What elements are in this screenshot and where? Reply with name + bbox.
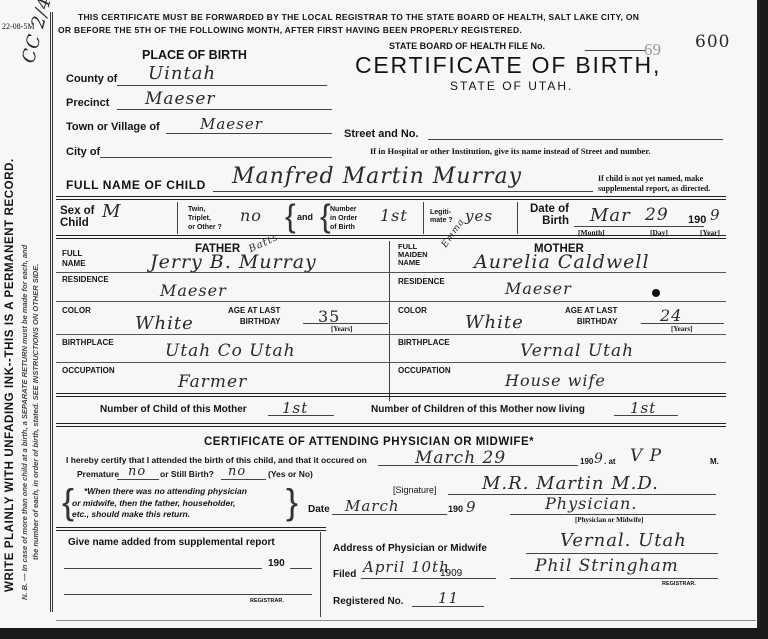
order-label: Numberin Orderof Birth <box>330 205 357 232</box>
filed-value[interactable]: April 10th <box>363 558 450 576</box>
order-value[interactable]: 1st <box>380 206 408 225</box>
address-label: Address of Physician or Midwife <box>333 543 487 554</box>
mother-color-label: COLOR <box>398 306 427 315</box>
precinct-value[interactable]: Maeser <box>145 89 216 109</box>
supplemental-registrar-caption: REGISTRAR. <box>250 598 284 604</box>
physician-heading: CERTIFICATE OF ATTENDING PHYSICIAN OR MI… <box>204 436 534 448</box>
notice-line-2: OR BEFORE THE 5TH OF THE FOLLOWING MONTH… <box>58 25 522 35</box>
ink-blot <box>652 289 660 297</box>
sex-value[interactable]: M <box>102 201 121 222</box>
address-value[interactable]: Vernal. Utah <box>560 530 687 551</box>
county-label: County of <box>66 73 117 85</box>
yes-no-label: (Yes or No) <box>268 469 313 479</box>
mother-age-value[interactable]: 24 <box>660 306 682 325</box>
date-label: Date <box>308 504 330 515</box>
name-note-2: supplemental report, as directed. <box>598 184 710 193</box>
date-year-suffix[interactable]: 9 <box>466 498 477 516</box>
supplemental-year-prefix: 190 <box>268 558 285 569</box>
father-age-value[interactable]: 35 <box>318 307 340 326</box>
father-residence-value[interactable]: Maeser <box>160 281 227 300</box>
twin-label: Twin,Triplet,or Other ? <box>188 205 222 232</box>
date-value[interactable]: March <box>345 497 400 515</box>
child-number-label: Number of Child of this Mother <box>100 404 247 415</box>
supplemental-heading: Give name added from supplemental report <box>68 537 275 548</box>
m-label: M. <box>710 457 719 466</box>
father-years-caption: [Years] <box>331 325 352 333</box>
certificate-subtitle: STATE OF UTAH. <box>450 79 573 93</box>
occurred-date[interactable]: March 29 <box>415 448 506 468</box>
file-no-handwritten: 600 <box>695 32 730 52</box>
father-birthplace-value[interactable]: Utah Co Utah <box>165 341 296 361</box>
town-value[interactable]: Maeser <box>200 115 263 133</box>
mother-birthplace-label: BIRTHPLACE <box>398 338 450 347</box>
premature-value[interactable]: no <box>128 464 146 479</box>
child-number-value[interactable]: 1st <box>282 399 308 417</box>
mother-name-value[interactable]: Aurelia Caldwell <box>474 251 650 273</box>
time-value[interactable]: V P <box>630 446 662 466</box>
mother-occupation-label: OCCUPATION <box>398 366 451 375</box>
living-label: Number of Children of this Mother now li… <box>371 404 585 415</box>
mother-occupation-value[interactable]: House wife <box>505 371 606 390</box>
father-color-label: COLOR <box>62 306 91 315</box>
birth-certificate-page: 22-08-5M CC 2/4/2 WRITE PLAINLY WITH UNF… <box>0 0 760 628</box>
mother-residence-value[interactable]: Maeser <box>505 279 572 298</box>
twin-value[interactable]: no <box>240 206 262 225</box>
left-margin: 22-08-5M CC 2/4/2 WRITE PLAINLY WITH UNF… <box>0 0 50 628</box>
child-name-value[interactable]: Manfred Martin Murray <box>232 164 522 189</box>
county-value[interactable]: Uintah <box>148 63 216 84</box>
hospital-note: If in Hospital or other Institution, giv… <box>370 146 650 156</box>
father-name-value[interactable]: Jerry B. Murray <box>150 251 317 273</box>
filed-year: 1909 <box>440 568 462 579</box>
file-no-label: STATE BOARD OF HEALTH FILE No. <box>389 41 545 51</box>
place-of-birth-heading: PLACE OF BIRTH <box>142 48 247 62</box>
dob-month[interactable]: Mar <box>590 205 631 226</box>
and-label: and <box>297 212 313 222</box>
dob-year-prefix: 190 <box>688 214 706 226</box>
vertical-heading: WRITE PLAINLY WITH UNFADING INK--THIS IS… <box>4 158 16 592</box>
father-color-value[interactable]: White <box>135 313 194 334</box>
precinct-label: Precinct <box>66 97 109 109</box>
father-occupation-label: OCCUPATION <box>62 366 115 375</box>
stillbirth-value[interactable]: no <box>228 464 246 479</box>
filing-registrar-caption: REGISTRAR. <box>662 581 696 587</box>
living-value[interactable]: 1st <box>630 399 656 417</box>
mother-color-value[interactable]: White <box>465 312 524 333</box>
street-label: Street and No. <box>344 128 419 140</box>
dob-day[interactable]: 29 <box>645 205 669 225</box>
certify-text: I hereby certify that I attended the bir… <box>66 455 367 465</box>
father-name-label: FULLNAME <box>62 249 86 269</box>
role-caption: [Physician or Midwife] <box>575 516 643 524</box>
stillbirth-label: or Still Birth? <box>160 469 214 479</box>
signature-value[interactable]: M.R. Martin M.D. <box>482 473 659 494</box>
vertical-note-1: N. B. — In case of more than one child a… <box>20 245 29 600</box>
child-name-label: FULL NAME OF CHILD <box>66 178 206 192</box>
role-value[interactable]: Physician. <box>545 494 637 513</box>
mother-years-caption: [Years] <box>671 325 692 333</box>
registrar-signature[interactable]: Phil Stringham <box>535 556 679 576</box>
footnote: *When there was no attending physicianor… <box>72 486 247 521</box>
signature-label: [Signature] <box>393 485 437 495</box>
registered-value[interactable]: 11 <box>438 589 459 607</box>
date-year-prefix: 190 <box>448 504 463 514</box>
vertical-note-2: the number of each, in order of birth, s… <box>31 264 40 560</box>
notice-line-1: THIS CERTIFICATE MUST BE FORWARDED BY TH… <box>78 12 639 22</box>
certificate-title: CERTIFICATE OF BIRTH, <box>355 52 661 79</box>
occurred-year-prefix: 190 <box>580 457 593 466</box>
sex-label: Sex ofChild <box>60 205 95 229</box>
mother-name-label: FULLMAIDENNAME <box>398 243 428 267</box>
legit-value[interactable]: yes <box>465 207 493 225</box>
father-birthplace-label: BIRTHPLACE <box>62 338 114 347</box>
father-age-label: AGE AT LASTBIRTHDAY <box>228 305 280 327</box>
premature-label: Premature <box>77 469 119 479</box>
margin-annotation: CC 2/4/2 <box>18 0 61 65</box>
occurred-year-suffix[interactable]: 9 <box>594 451 604 467</box>
town-label: Town or Village of <box>66 121 160 133</box>
mother-age-label: AGE AT LASTBIRTHDAY <box>565 305 617 327</box>
name-note-1: If child is not yet named, make <box>598 174 703 183</box>
legit-label: Legiti-mate ? <box>430 209 453 225</box>
dob-label: Date ofBirth <box>530 203 569 227</box>
mother-birthplace-value[interactable]: Vernal Utah <box>520 341 634 361</box>
city-label: City of <box>66 146 100 158</box>
father-occupation-value[interactable]: Farmer <box>178 372 247 392</box>
margin-border <box>50 12 53 612</box>
dob-year-suffix[interactable]: 9 <box>710 206 721 224</box>
mother-residence-label: RESIDENCE <box>398 277 445 286</box>
registered-label: Registered No. <box>333 596 404 607</box>
filed-label: Filed <box>333 569 356 580</box>
at-label: . at <box>604 457 616 466</box>
father-residence-label: RESIDENCE <box>62 275 109 284</box>
